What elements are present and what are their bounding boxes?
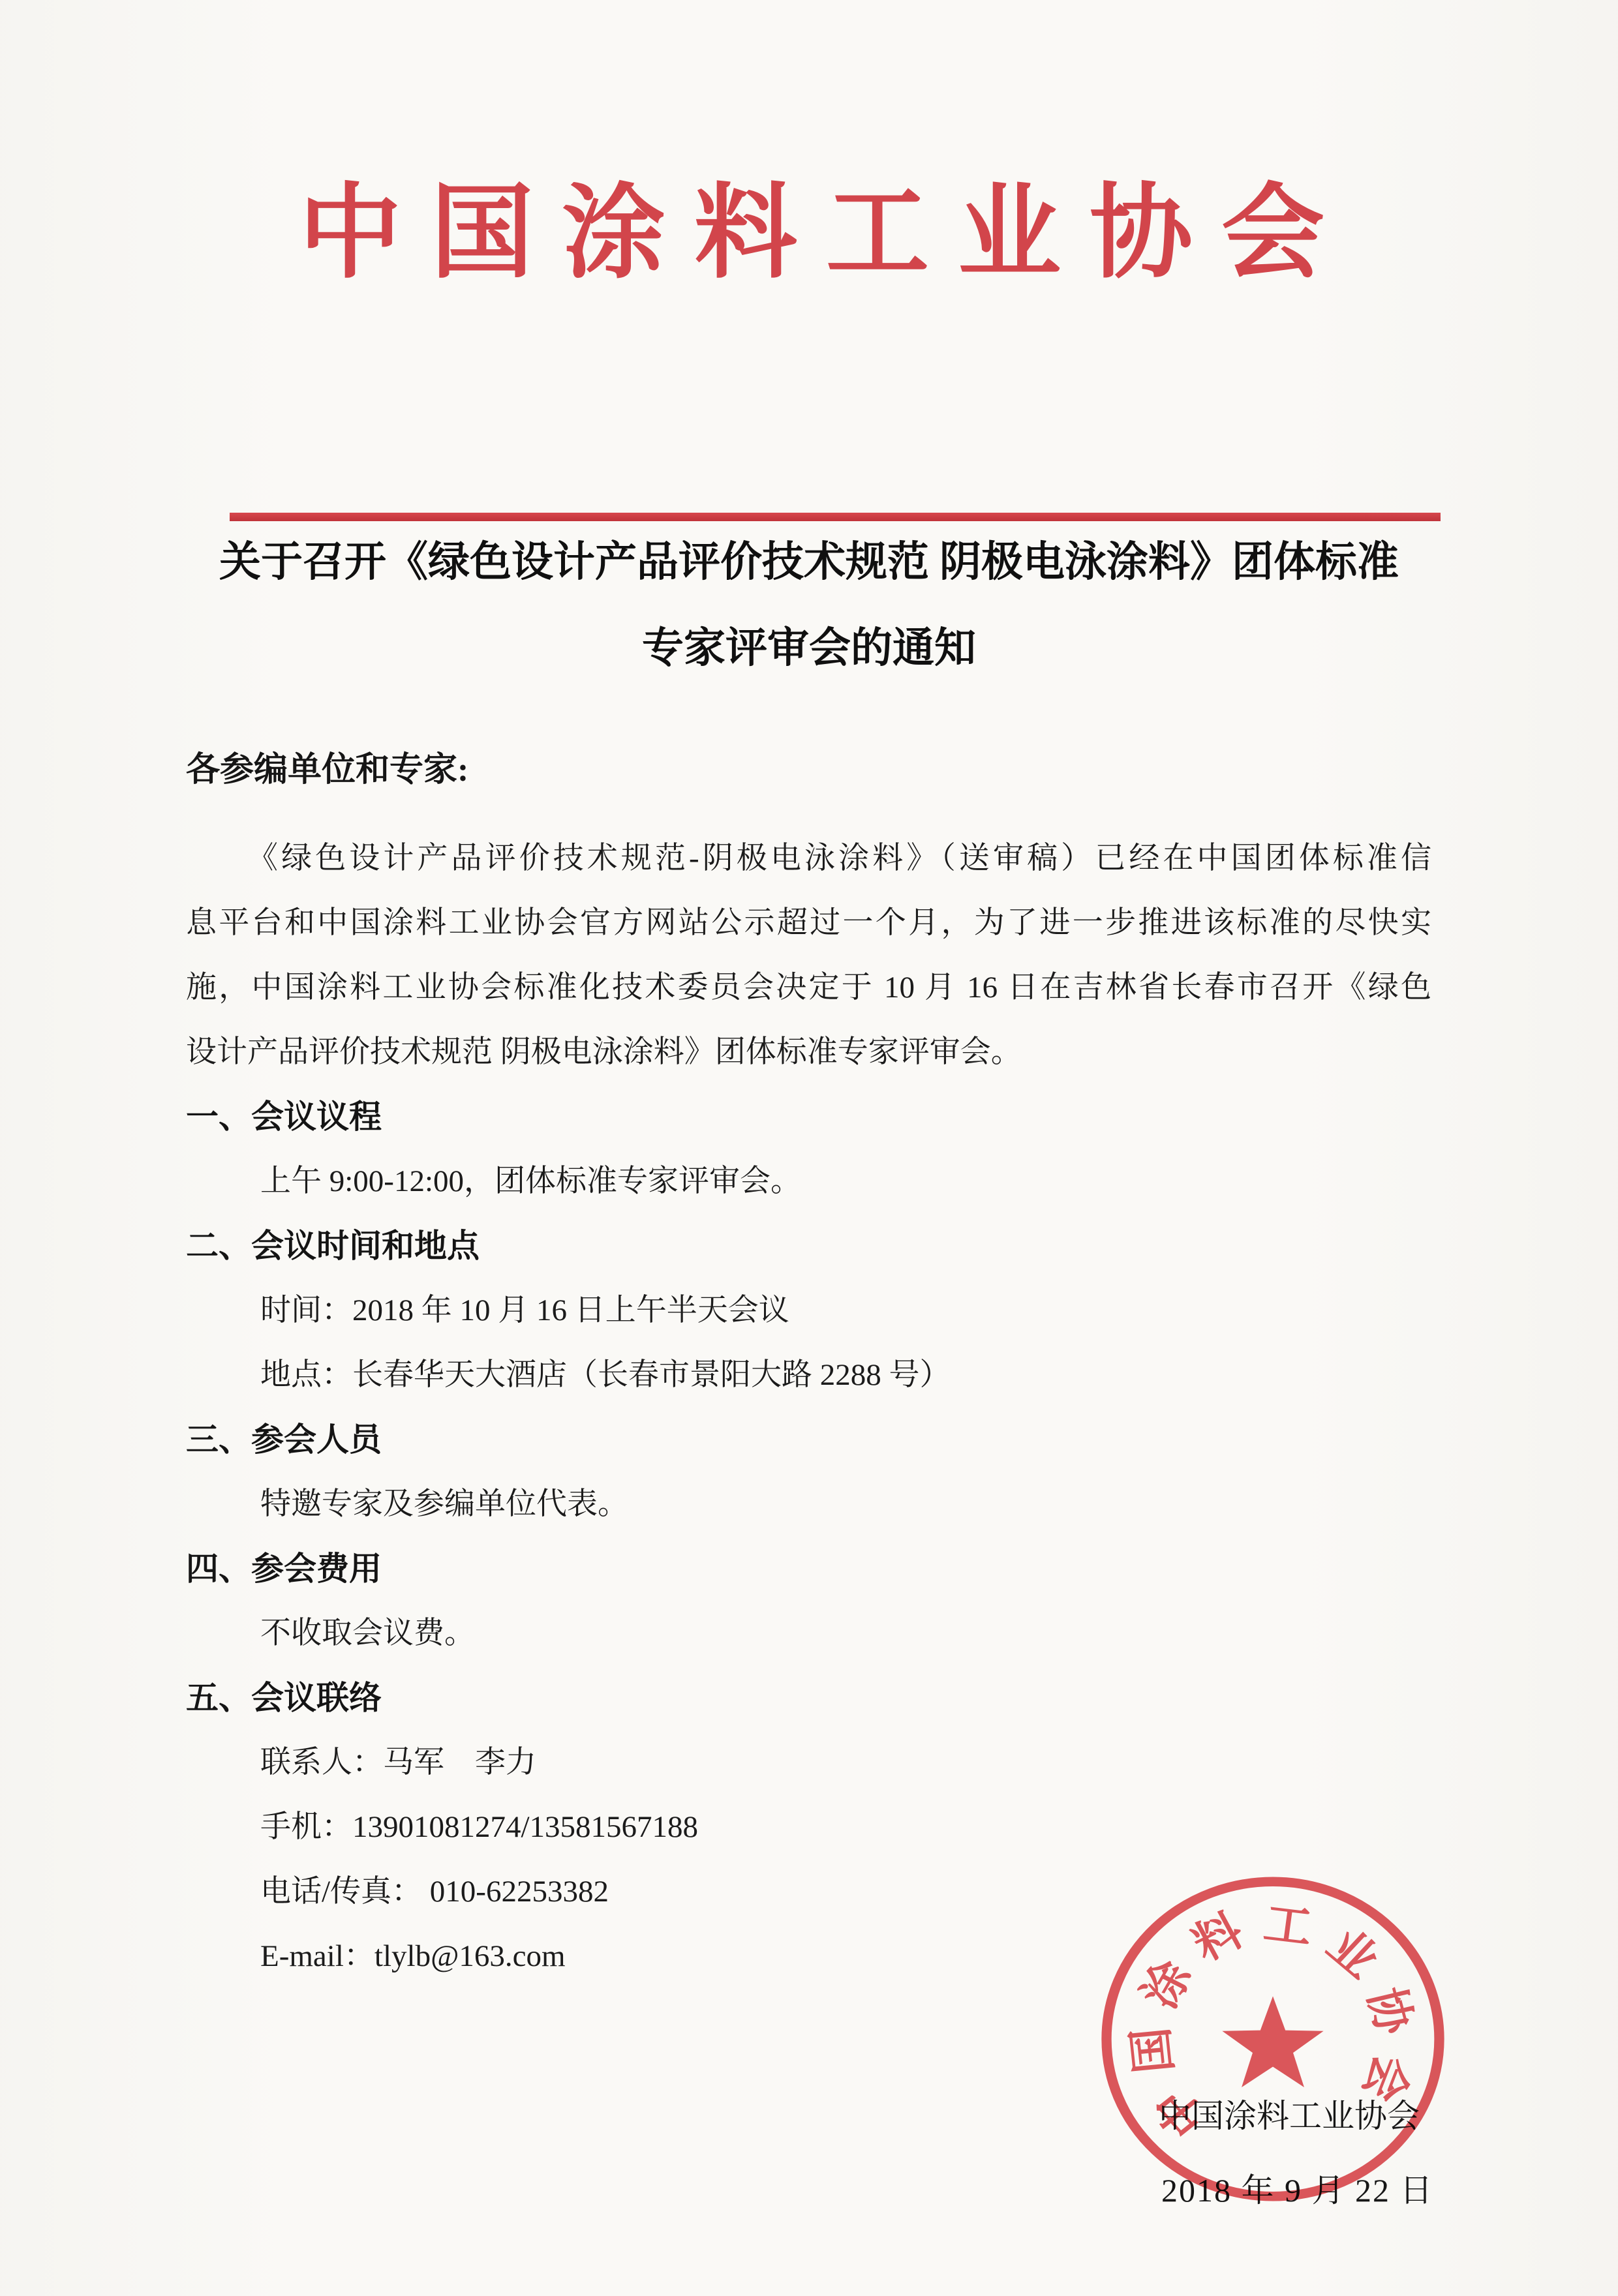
section-2-heading: 二、会议时间和地点: [186, 1214, 1431, 1278]
section-3-line: 特邀专家及参编单位代表。: [186, 1472, 1431, 1537]
seal-arc-char: 会: [1352, 2048, 1418, 2108]
seal-arc-char: 工: [1261, 1899, 1315, 1954]
intro-line: 施，中国涂料工业协会标准化技术委员会决定于 10 月 16 日在吉林省长春市召开…: [186, 956, 1431, 1020]
section-2-line: 地点：长春华天大酒店（长春市景阳大路 2288 号）: [186, 1343, 1431, 1408]
notice-body: 《绿色设计产品评价技术规范-阴极电泳涂料》（送审稿）已经在中国团体标准信 息平台…: [186, 826, 1431, 1989]
seal-arc-char: 中: [1145, 2079, 1216, 2146]
section-4-heading: 四、参会费用: [186, 1537, 1431, 1601]
intro-line: 设计产品评价技术规范 阴极电泳涂料》团体标准专家评审会。: [186, 1020, 1431, 1085]
notice-title-line1: 关于召开《绿色设计产品评价技术规范 阴极电泳涂料》团体标准: [0, 519, 1618, 605]
seal-arc-char: 涂: [1133, 1953, 1202, 2017]
section-2-line: 时间：2018 年 10 月 16 日上午半天会议: [186, 1278, 1431, 1343]
section-3-heading: 三、参会人员: [186, 1408, 1431, 1472]
section-4-line: 不收取会议费。: [186, 1601, 1431, 1666]
official-round-seal: 中 国 涂 料 工 业 协 会: [1077, 1843, 1469, 2235]
seal-arc-char: 业: [1317, 1920, 1388, 1988]
section-1-line: 上午 9:00-12:00，团体标准专家评审会。: [186, 1149, 1431, 1214]
notice-title: 关于召开《绿色设计产品评价技术规范 阴极电泳涂料》团体标准 专家评审会的通知: [0, 519, 1618, 691]
seal-arc-char: 国: [1125, 2025, 1182, 2076]
intro-line: 《绿色设计产品评价技术规范-阴极电泳涂料》（送审稿）已经在中国团体标准信: [186, 826, 1431, 891]
intro-line: 息平台和中国涂料工业协会官方网站公示超过一个月，为了进一步推进该标准的尽快实: [186, 891, 1431, 956]
scanned-notice-document: 中国涂料工业协会 关于召开《绿色设计产品评价技术规范 阴极电泳涂料》团体标准 专…: [0, 0, 1618, 2296]
notice-title-line2: 专家评审会的通知: [0, 605, 1618, 691]
seal-arc-char: 协: [1358, 1983, 1421, 2041]
letterhead-org-title: 中国涂料工业协会: [0, 164, 1618, 303]
section-1-heading: 一、会议议程: [186, 1085, 1431, 1149]
seal-arc-char: 料: [1185, 1905, 1252, 1971]
salutation: 各参编单位和专家:: [186, 749, 468, 792]
section-5-heading: 五、会议联络: [186, 1666, 1431, 1730]
seal-star-icon: [1222, 1996, 1323, 2087]
section-5-contact-person: 联系人：马军 李力: [186, 1730, 1431, 1795]
